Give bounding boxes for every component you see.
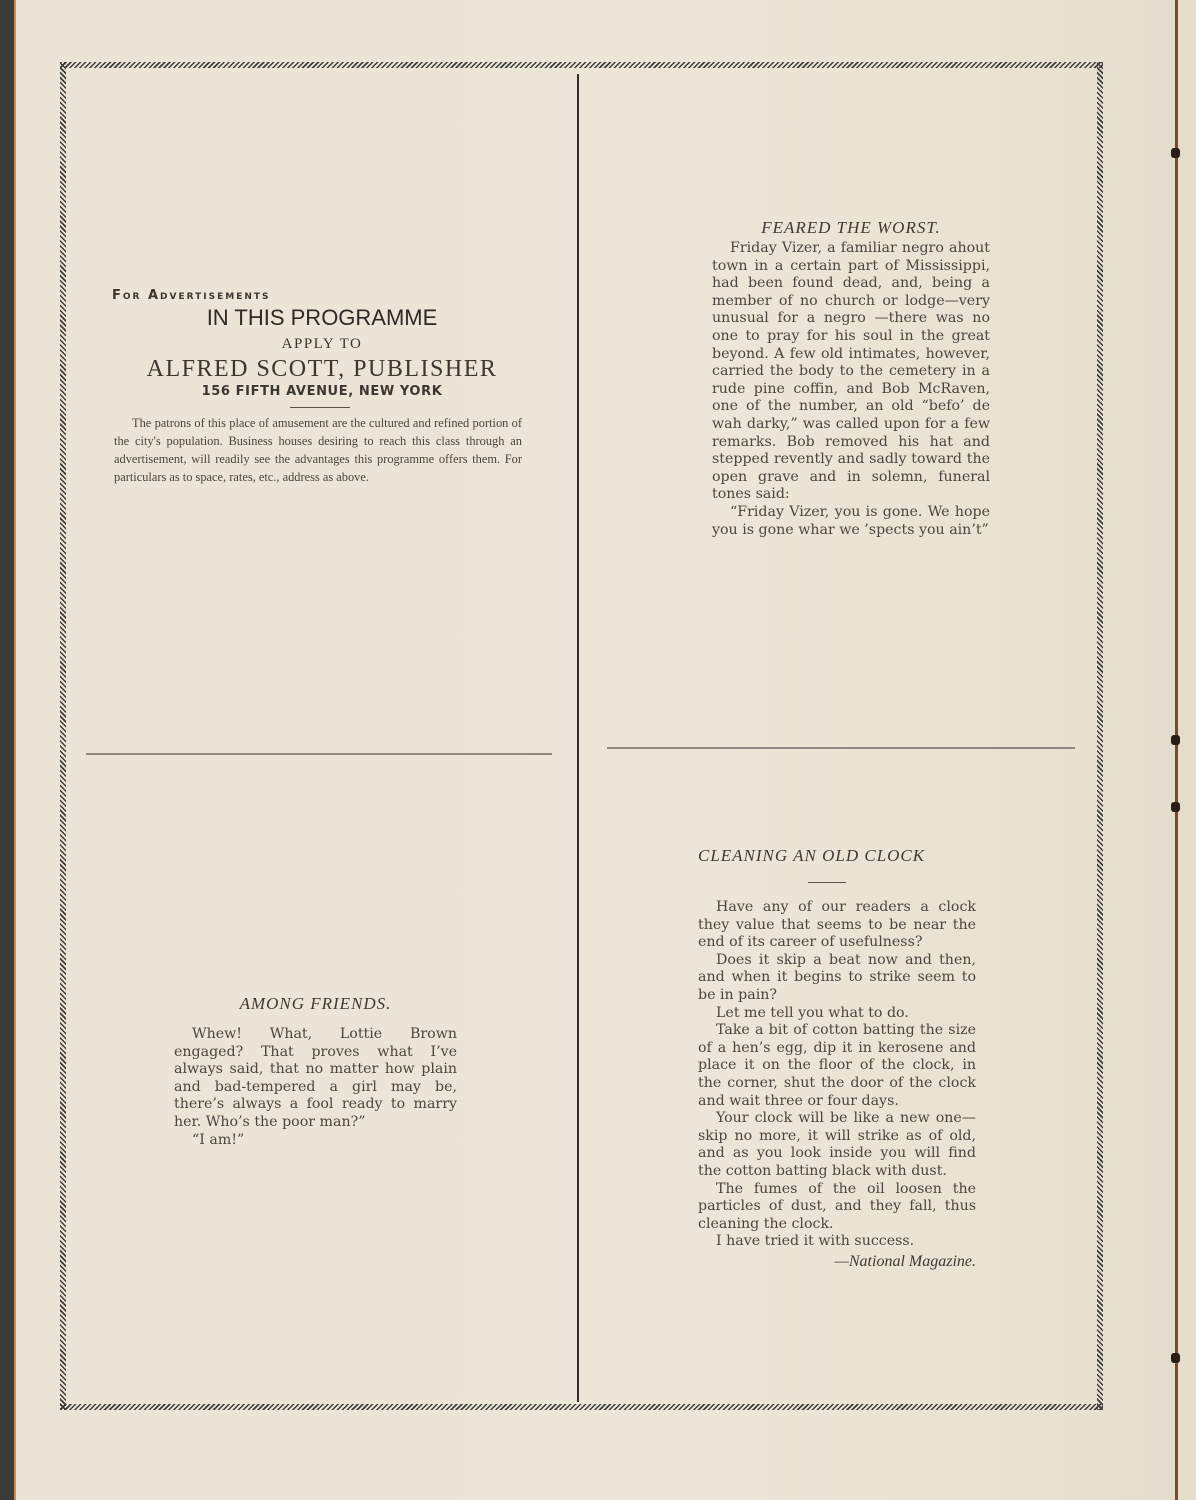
advertisement-notice: For Advertisements IN THIS PROGRAMME APP…	[112, 288, 532, 486]
paragraph: Friday Vizer, a familiar negro ahout tow…	[712, 240, 990, 504]
article-cleaning-an-old-clock: CLEANING AN OLD CLOCK Have any of our re…	[698, 846, 976, 1271]
article-title: CLEANING AN OLD CLOCK	[698, 846, 976, 866]
article-body: Have any of our readers a clock they val…	[698, 899, 976, 1251]
paragraph: Have any of our readers a clock they val…	[698, 899, 976, 952]
left-section-divider	[86, 753, 552, 755]
border-top	[60, 62, 1103, 68]
column-divider	[577, 74, 579, 1402]
ad-apply-to: APPLY TO	[112, 336, 532, 353]
paragraph: Does it skip a beat now and then, and wh…	[698, 952, 976, 1005]
stitch-mark	[1171, 148, 1180, 158]
title-rule	[808, 882, 846, 883]
border-bottom	[60, 1404, 1103, 1410]
ad-rule	[290, 407, 350, 408]
article-among-friends: AMONG FRIENDS. Whew! What, Lottie Brown …	[174, 994, 457, 1149]
paragraph: The fumes of the oil loosen the particle…	[698, 1181, 976, 1234]
stitch-mark	[1171, 735, 1180, 745]
paragraph: Whew! What, Lottie Brown engaged? That p…	[174, 1026, 457, 1132]
article-title: AMONG FRIENDS.	[174, 994, 457, 1014]
ad-address: 156 FIFTH AVENUE, NEW YORK	[112, 384, 532, 399]
programme-page: For Advertisements IN THIS PROGRAMME APP…	[0, 0, 1196, 1500]
source-credit: —National Magazine.	[698, 1253, 976, 1271]
paragraph: Your clock will be like a new one—skip n…	[698, 1110, 976, 1180]
stitch-mark	[1171, 1353, 1180, 1363]
facing-page-edge	[1178, 0, 1196, 1500]
left-binding-edge	[0, 0, 16, 1500]
article-body: Friday Vizer, a familiar negro ahout tow…	[712, 240, 990, 539]
paragraph: I have tried it with success.	[698, 1233, 976, 1251]
border-left	[60, 62, 66, 1410]
ad-for-label: For Advertisements	[112, 288, 532, 303]
paragraph: Take a bit of cotton batting the size of…	[698, 1022, 976, 1110]
ad-publisher: ALFRED SCOTT, PUBLISHER	[112, 356, 532, 383]
ad-headline: IN THIS PROGRAMME	[112, 305, 532, 331]
paragraph: “Friday Vizer, you is gone. We hope you …	[712, 504, 990, 539]
ad-body-text: The patrons of this place of amusement a…	[114, 414, 522, 486]
article-feared-the-worst: FEARED THE WORST. Friday Vizer, a famili…	[712, 218, 990, 539]
right-section-divider	[607, 747, 1075, 749]
stitch-mark	[1171, 802, 1180, 812]
article-body: Whew! What, Lottie Brown engaged? That p…	[174, 1026, 457, 1149]
article-title: FEARED THE WORST.	[712, 218, 990, 238]
paragraph: “I am!”	[174, 1132, 457, 1150]
paragraph: Let me tell you what to do.	[698, 1005, 976, 1023]
border-right	[1097, 62, 1103, 1410]
